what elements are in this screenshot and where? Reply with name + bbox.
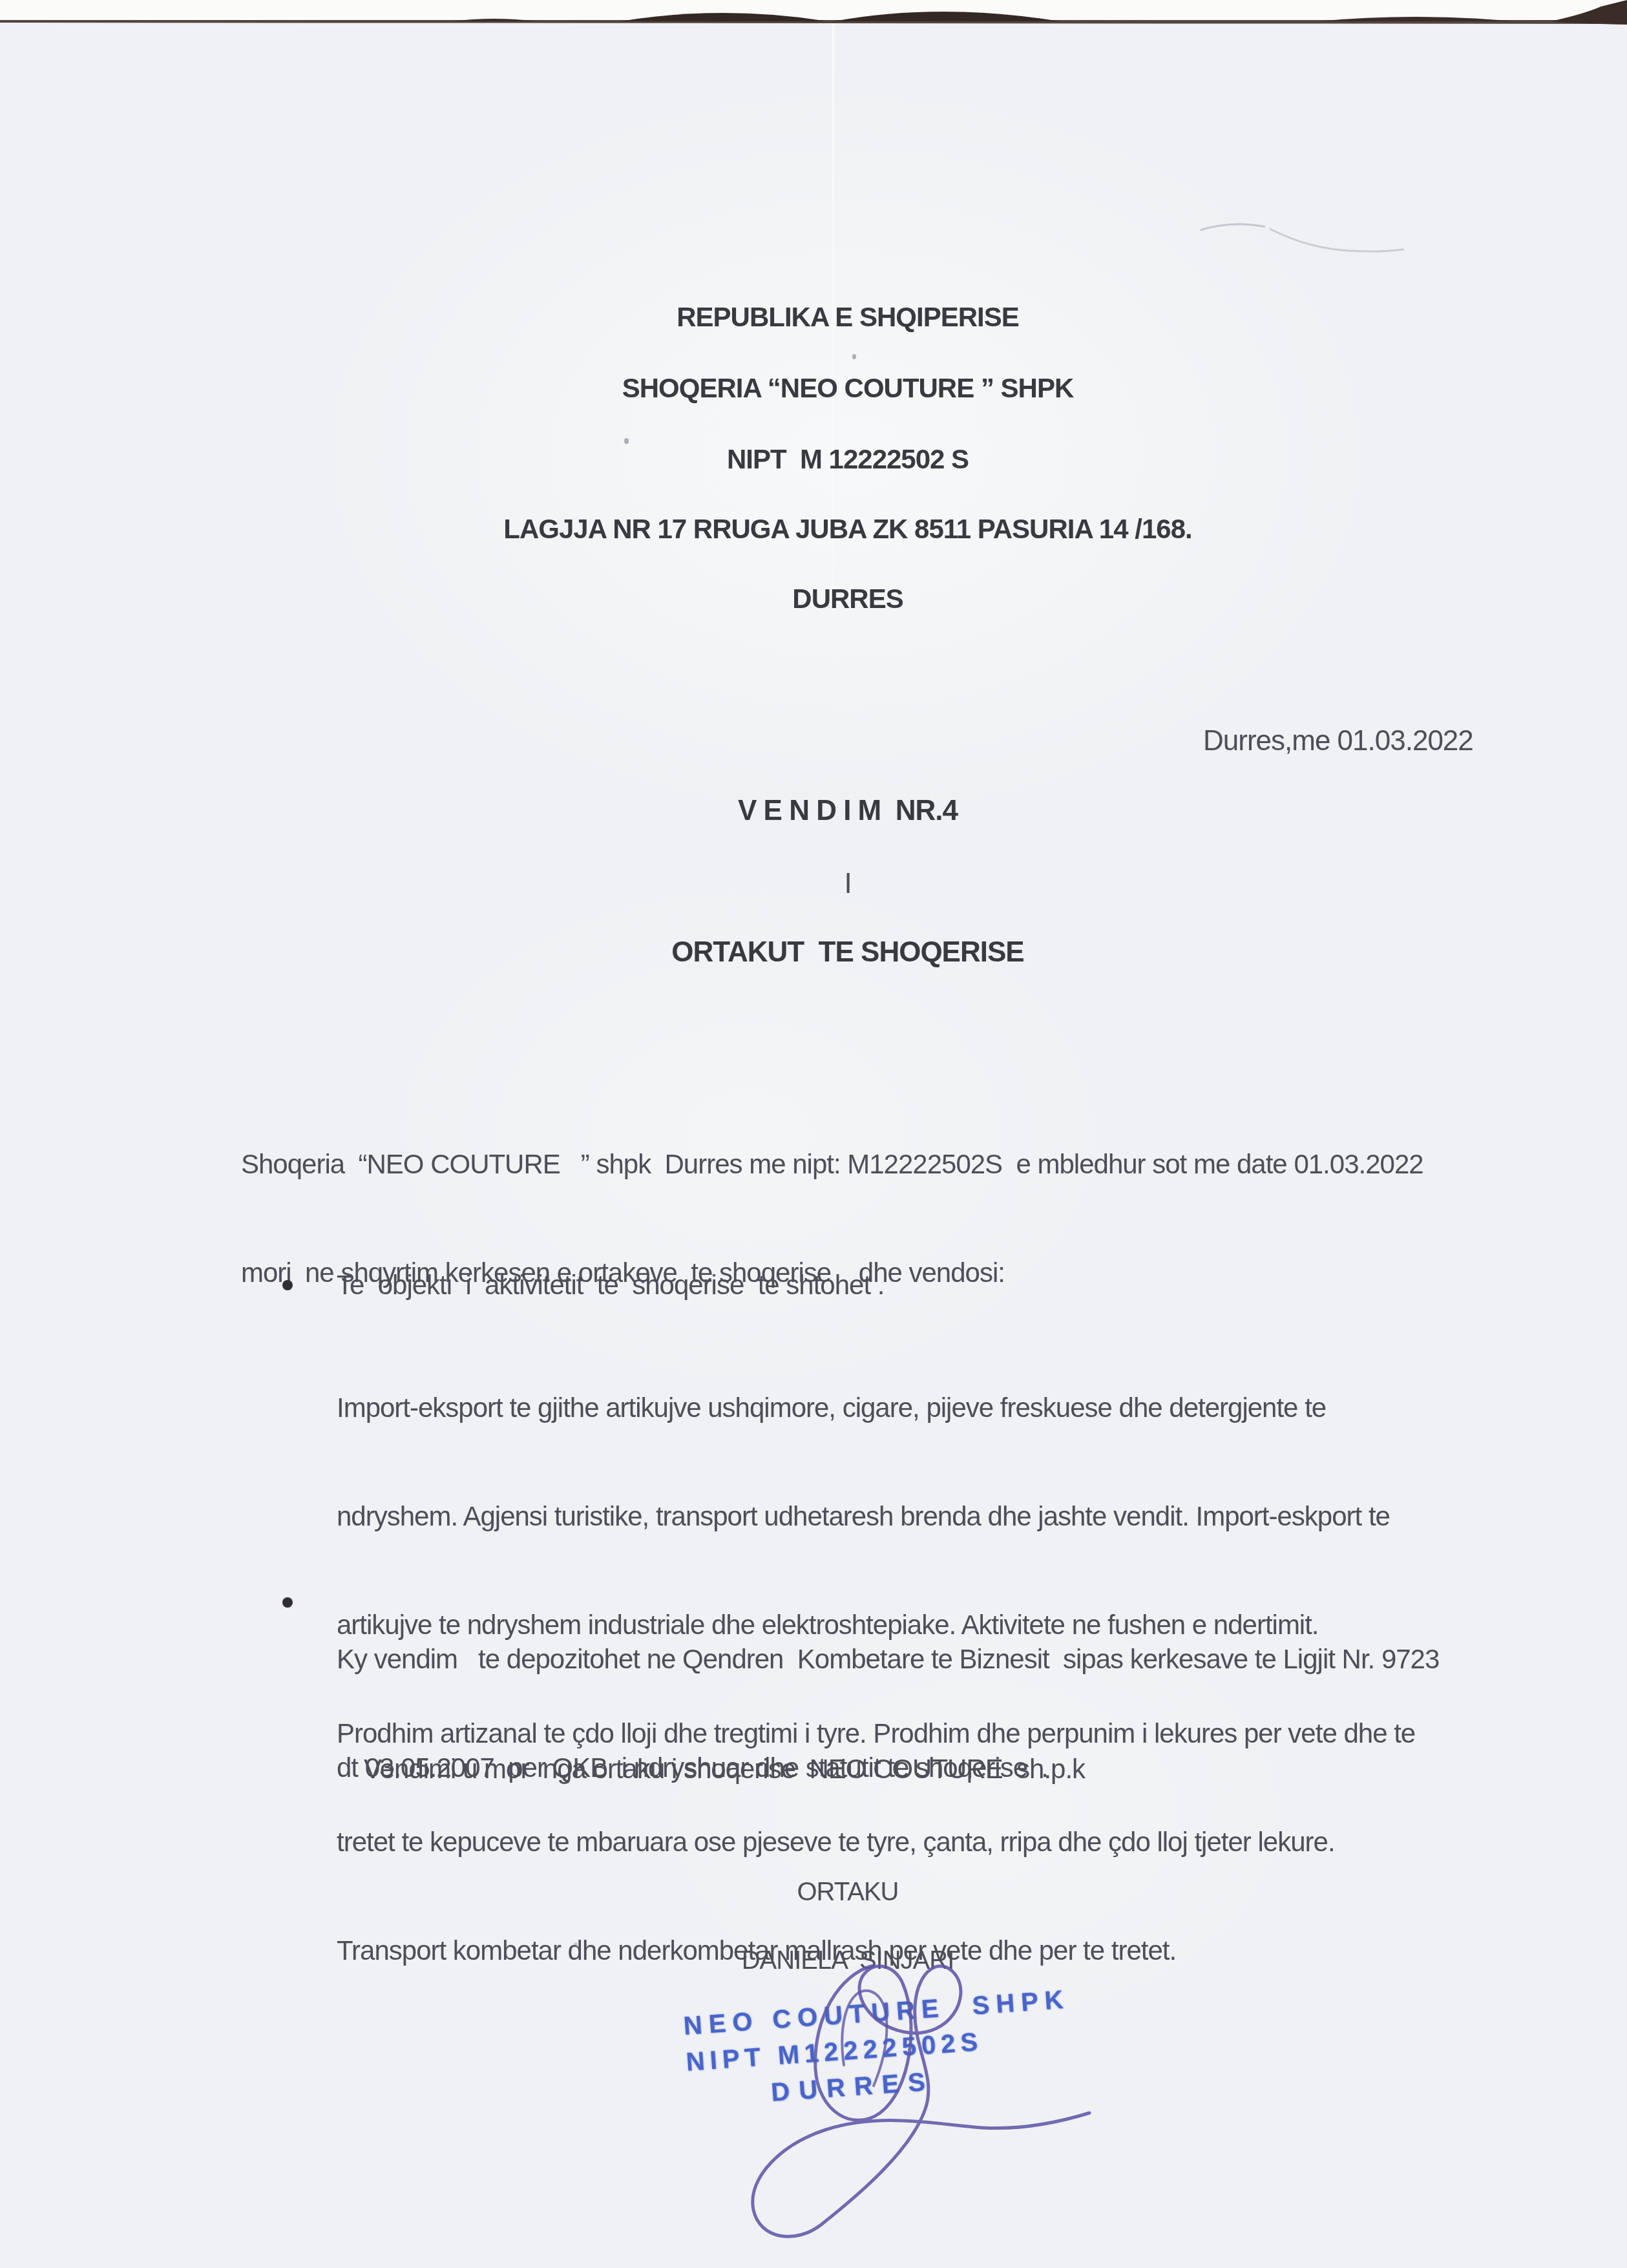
paper-fold-line — [832, 23, 834, 786]
signatory-role: ORTAKU — [68, 1878, 1627, 1907]
closing-line: Vendimi u mor nga ortaku i shoqerise NEO… — [364, 1754, 1085, 1785]
header-nipt-line: NIPT M 12222502 S — [68, 444, 1627, 475]
intro-line-1: Shoqeria “NEO COUTURE ” shpk Durres me n… — [241, 1141, 1423, 1188]
signature-path — [753, 1966, 1089, 2236]
activity-line-1: Import-eksport te gjithe artikujve ushqi… — [337, 1385, 1415, 1431]
intro-paragraph: Shoqeria “NEO COUTURE ” shpk Durres me n… — [241, 1079, 1423, 1358]
bullet2-item: Ky vendim te depozitohet ne Qendren Komb… — [337, 1574, 1439, 1853]
scanned-document-page: REPUBLIKA E SHQIPERISE SHOQERIA “NEO COU… — [0, 0, 1627, 2268]
ink-speck — [852, 354, 856, 359]
decision-title: V E N D I M NR.4 — [68, 795, 1627, 827]
scan-edge-white-strip — [0, 0, 1627, 20]
bullet-dot — [282, 1280, 293, 1290]
header-company-line: SHOQERIA “NEO COUTURE ” SHPK — [68, 373, 1627, 404]
ink-speck — [624, 438, 629, 444]
activity-line-2: ndryshem. Agjensi turistike, transport u… — [337, 1493, 1415, 1540]
header-city-line: DURRES — [68, 583, 1627, 614]
bullet-dot — [282, 1597, 293, 1608]
decision-subtitle: ORTAKUT TE SHOQERISE — [68, 936, 1627, 969]
header-country-line: REPUBLIKA E SHQIPERISE — [68, 302, 1627, 333]
scan-edge-artifact — [0, 0, 1627, 45]
date-line: Durres,me 01.03.2022 — [1203, 725, 1473, 757]
bullet2-line-1: Ky vendim te depozitohet ne Qendren Komb… — [337, 1636, 1439, 1683]
header-address-line: LAGJJA NR 17 RRUGA JUBA ZK 8511 PASURIA … — [68, 514, 1627, 545]
decision-connector: I — [68, 868, 1627, 900]
bullet1-item-text: Te objekti i aktivitetit te shoqerise te… — [337, 1270, 884, 1301]
pencil-mark-artifact — [1189, 213, 1422, 265]
signature-ink — [711, 1950, 1124, 2260]
